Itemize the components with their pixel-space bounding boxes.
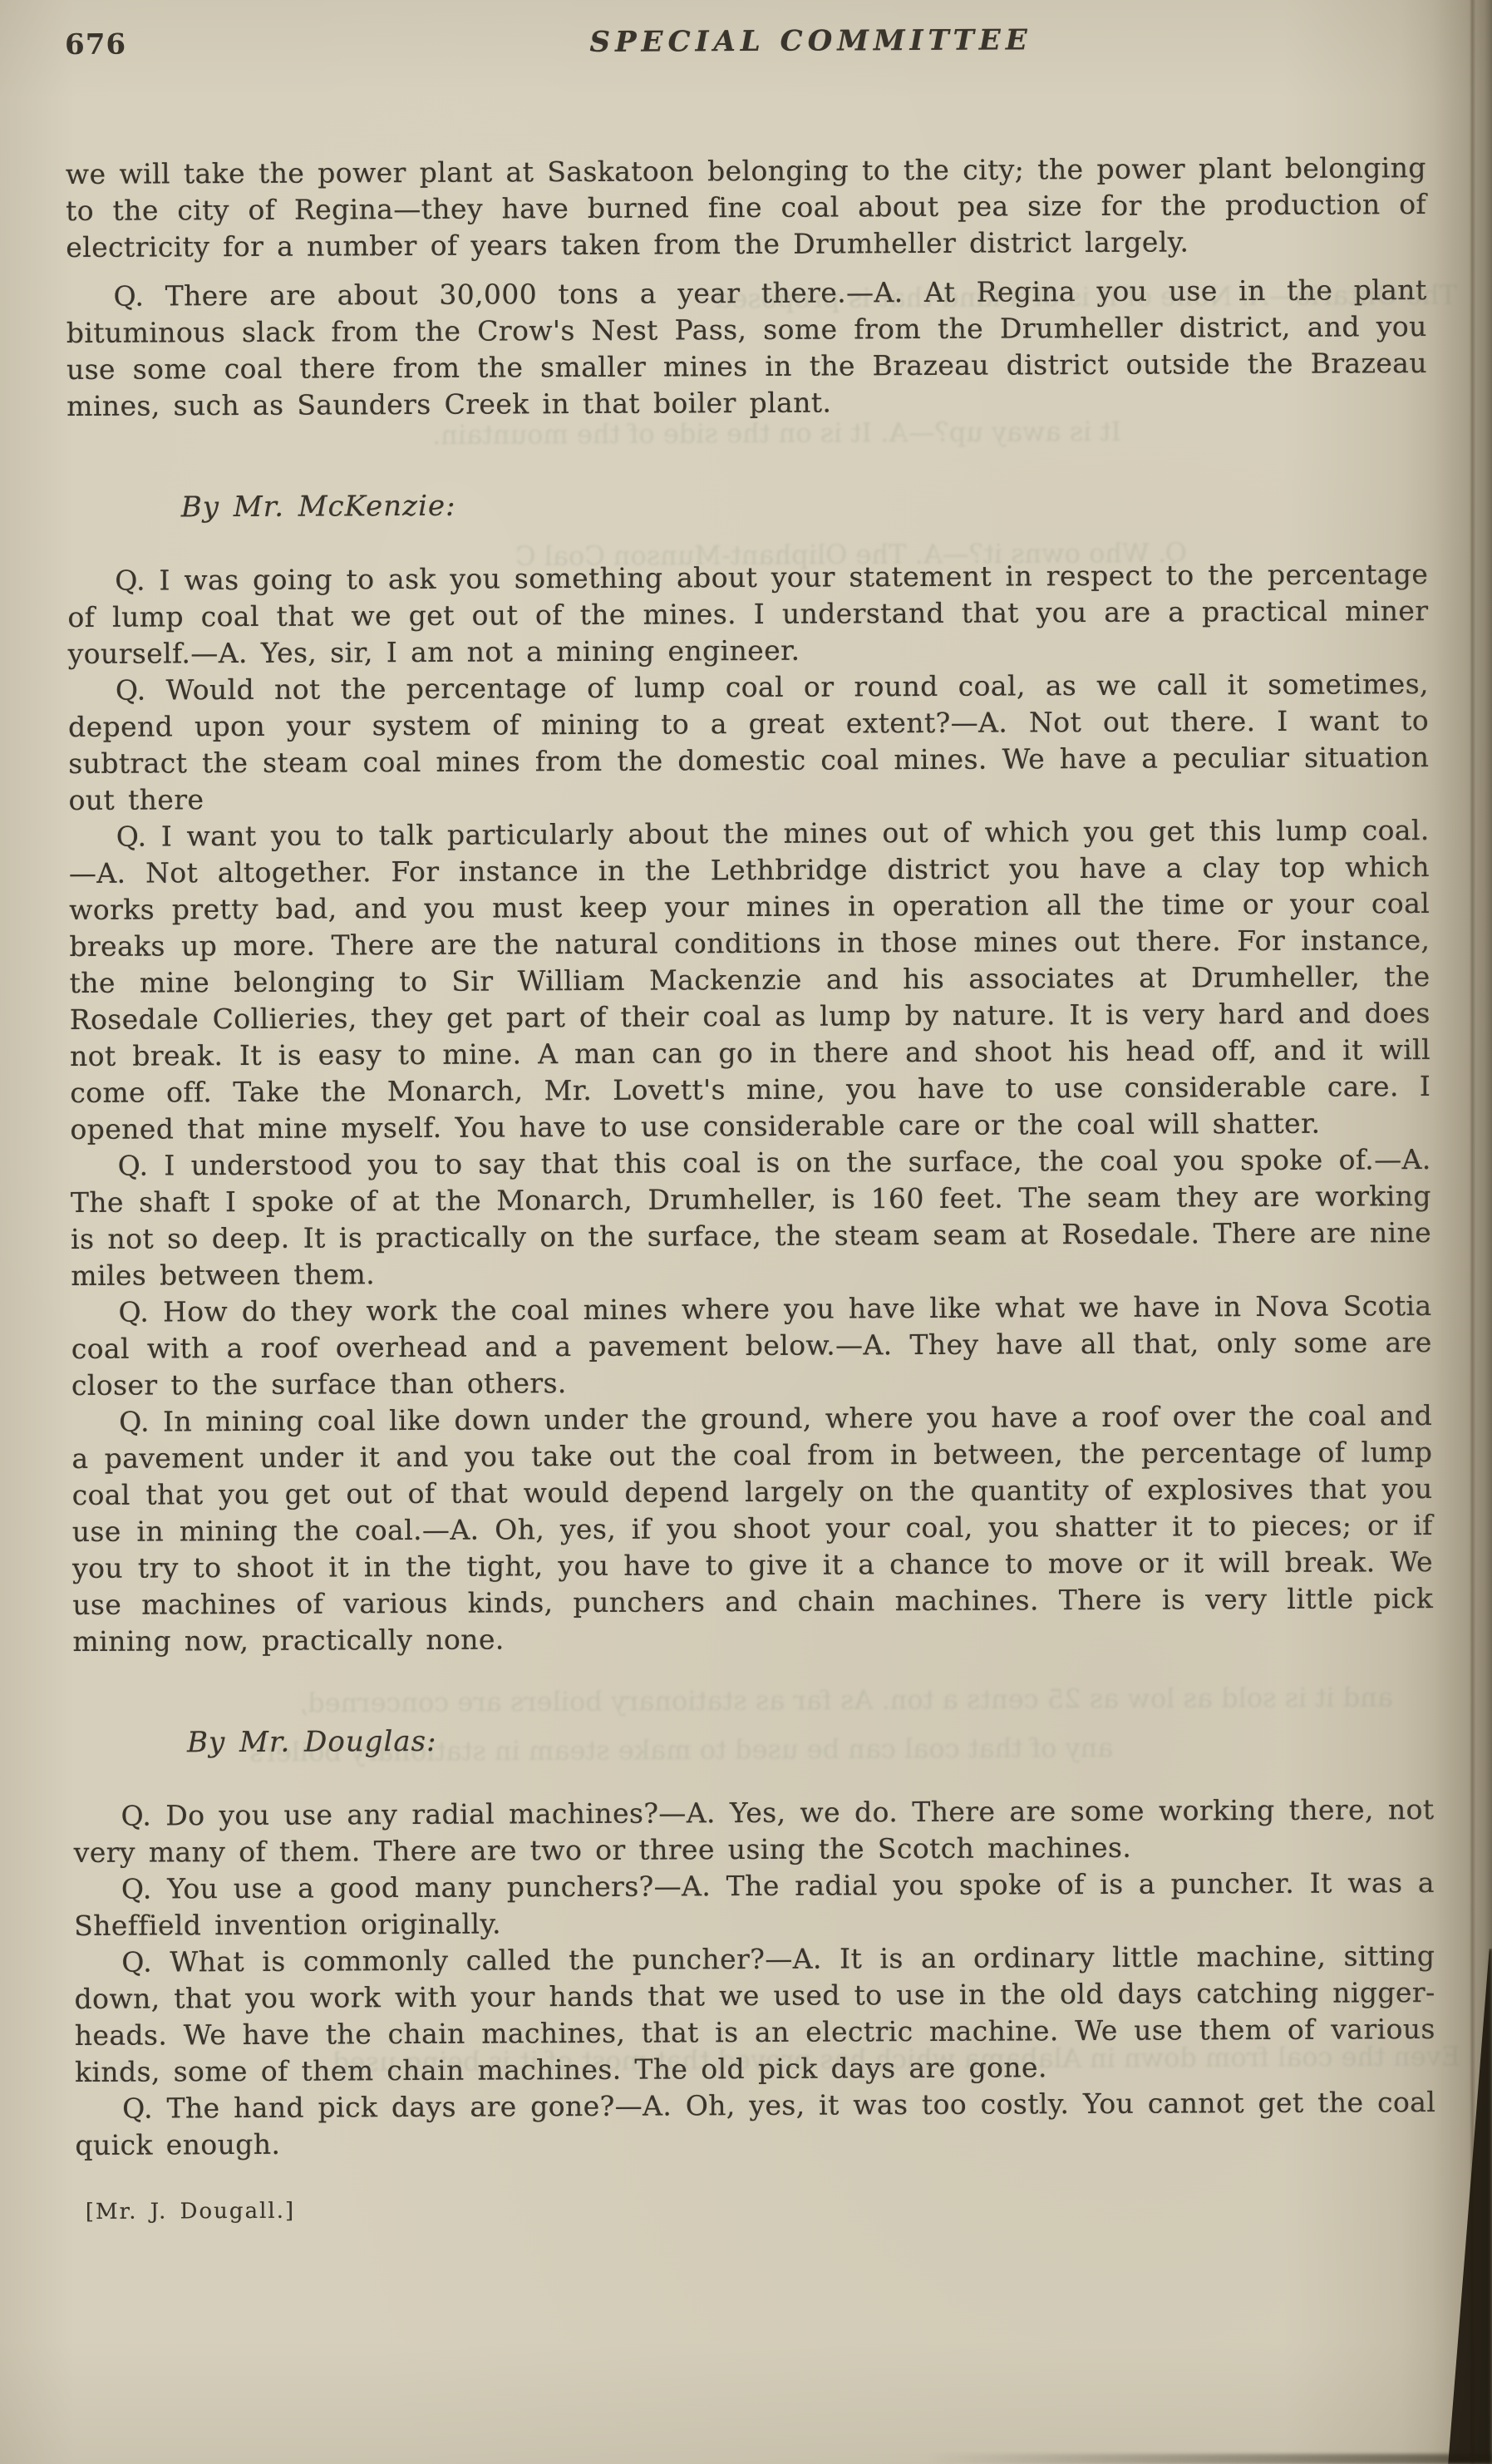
- qa-paragraph: Q. I was going to ask you something abou…: [67, 556, 1429, 673]
- section-heading-douglas: By Mr. Douglas:: [187, 1718, 1434, 1761]
- page-number: 676: [65, 28, 126, 62]
- scanned-page: The Ontario—A. None of it is of a kind t…: [0, 0, 1492, 2464]
- qa-paragraph: Q. I want you to talk particularly about…: [69, 812, 1431, 1148]
- qa-paragraph: Q. The hand pick days are gone?—A. Oh, y…: [75, 2084, 1435, 2164]
- footer-attribution: [Mr. J. Dougall.]: [86, 2187, 1436, 2230]
- transcript-body: we will take the power plant at Saskatoo…: [66, 150, 1436, 2230]
- scan-bottom-shadow: [927, 2454, 1492, 2464]
- qa-paragraph: Q. I understood you to say that this coa…: [71, 1141, 1432, 1294]
- paragraph-continuation: we will take the power plant at Saskatoo…: [66, 150, 1427, 266]
- qa-paragraph: Q. You use a good many punchers?—A. The …: [74, 1865, 1435, 1944]
- running-header: SPECIAL COMMITTEE: [161, 22, 1460, 62]
- qa-paragraph: Q. There are about 30,000 tons a year th…: [66, 272, 1427, 425]
- qa-paragraph: Q. How do they work the coal mines where…: [71, 1288, 1432, 1404]
- page-header: 676 SPECIAL COMMITTEE: [65, 22, 1426, 68]
- qa-paragraph: Q. Do you use any radial machines?—A. Ye…: [73, 1791, 1434, 1871]
- qa-paragraph: Q. Would not the percentage of lump coal…: [68, 666, 1430, 819]
- qa-paragraph: Q. In mining coal like down under the gr…: [71, 1397, 1433, 1660]
- page-edge-line: [1470, 0, 1475, 2464]
- section-heading-mckenzie: By Mr. McKenzie:: [181, 483, 1428, 525]
- qa-paragraph: Q. What is commonly called the puncher?—…: [74, 1938, 1435, 2091]
- page-content: 676 SPECIAL COMMITTEE we will take the p…: [65, 22, 1436, 2230]
